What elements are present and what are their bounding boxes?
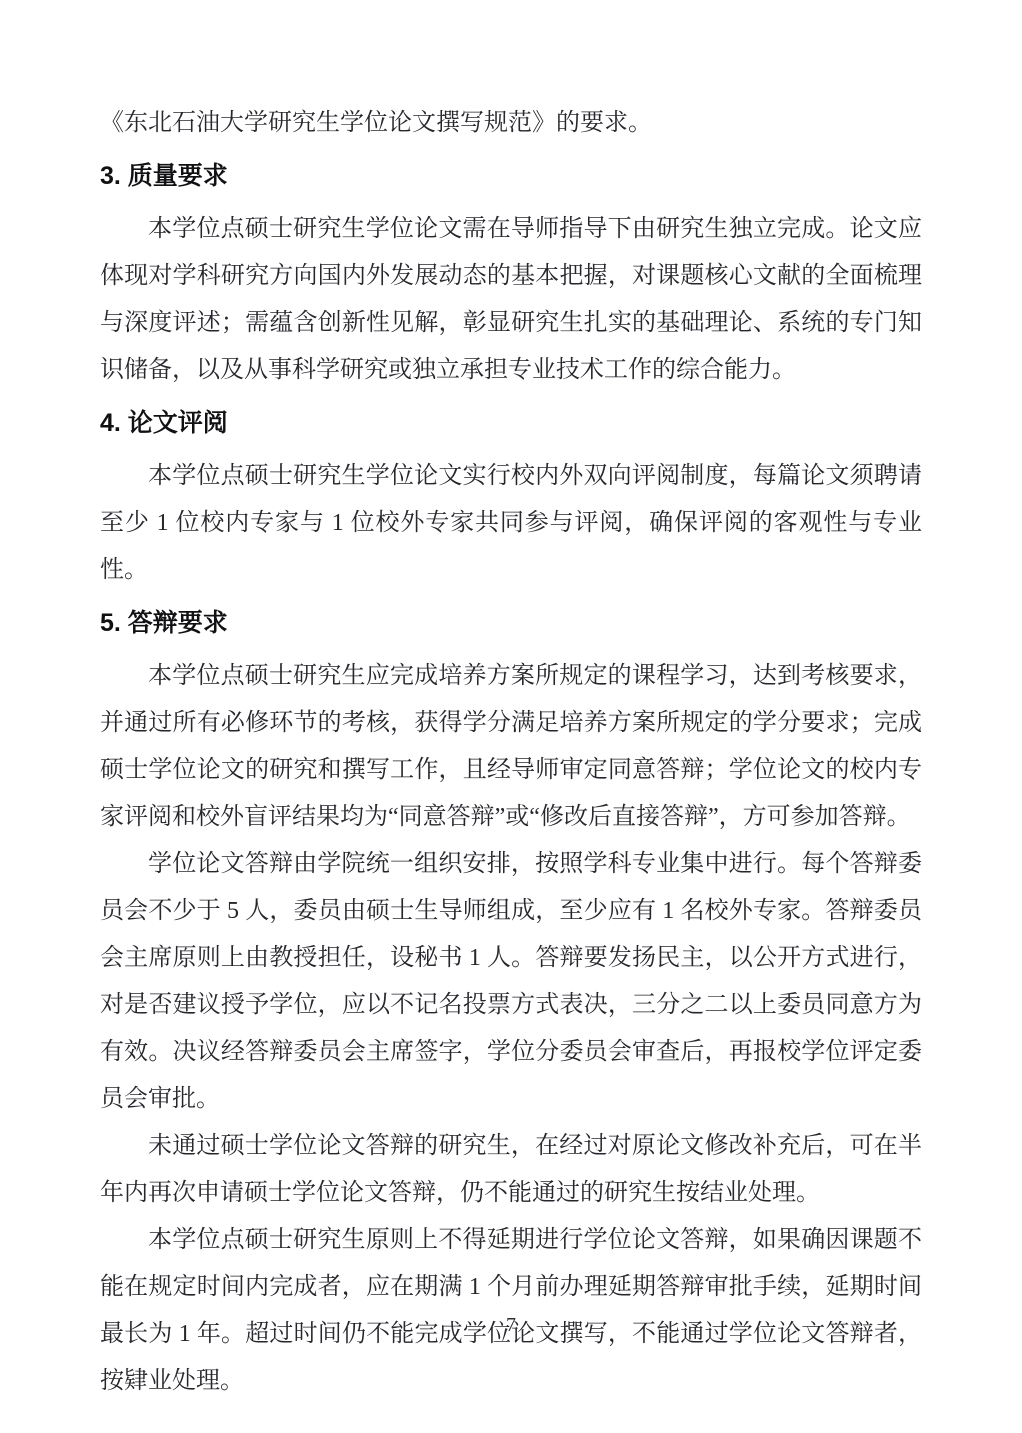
document-page: 《东北石油大学研究生学位论文撰写规范》的要求。 3. 质量要求 本学位点硕士研究… xyxy=(0,0,1022,1433)
section-heading-quality-requirements: 3. 质量要求 xyxy=(100,153,922,200)
defense-requirements-paragraph-2: 学位论文答辩由学院统一组织安排，按照学科专业集中进行。每个答辩委员会不少于 5 … xyxy=(100,841,922,1123)
intro-continuation-line: 《东北石油大学研究生学位论文撰写规范》的要求。 xyxy=(100,100,922,147)
thesis-review-paragraph: 本学位点硕士研究生学位论文实行校内外双向评阅制度，每篇论文须聘请至少 1 位校内… xyxy=(100,453,922,594)
section-heading-defense-requirements: 5. 答辩要求 xyxy=(100,600,922,647)
section-heading-thesis-review: 4. 论文评阅 xyxy=(100,400,922,447)
defense-requirements-paragraph-3: 未通过硕士学位论文答辩的研究生，在经过对原论文修改补充后，可在半年内再次申请硕士… xyxy=(100,1123,922,1217)
defense-requirements-paragraph-4: 本学位点硕士研究生原则上不得延期进行学位论文答辩，如果确因课题不能在规定时间内完… xyxy=(100,1217,922,1405)
defense-requirements-paragraph-1: 本学位点硕士研究生应完成培养方案所规定的课程学习，达到考核要求，并通过所有必修环… xyxy=(100,653,922,841)
page-number: 7 xyxy=(0,1314,1022,1337)
quality-requirements-paragraph: 本学位点硕士研究生学位论文需在导师指导下由研究生独立完成。论文应体现对学科研究方… xyxy=(100,206,922,394)
